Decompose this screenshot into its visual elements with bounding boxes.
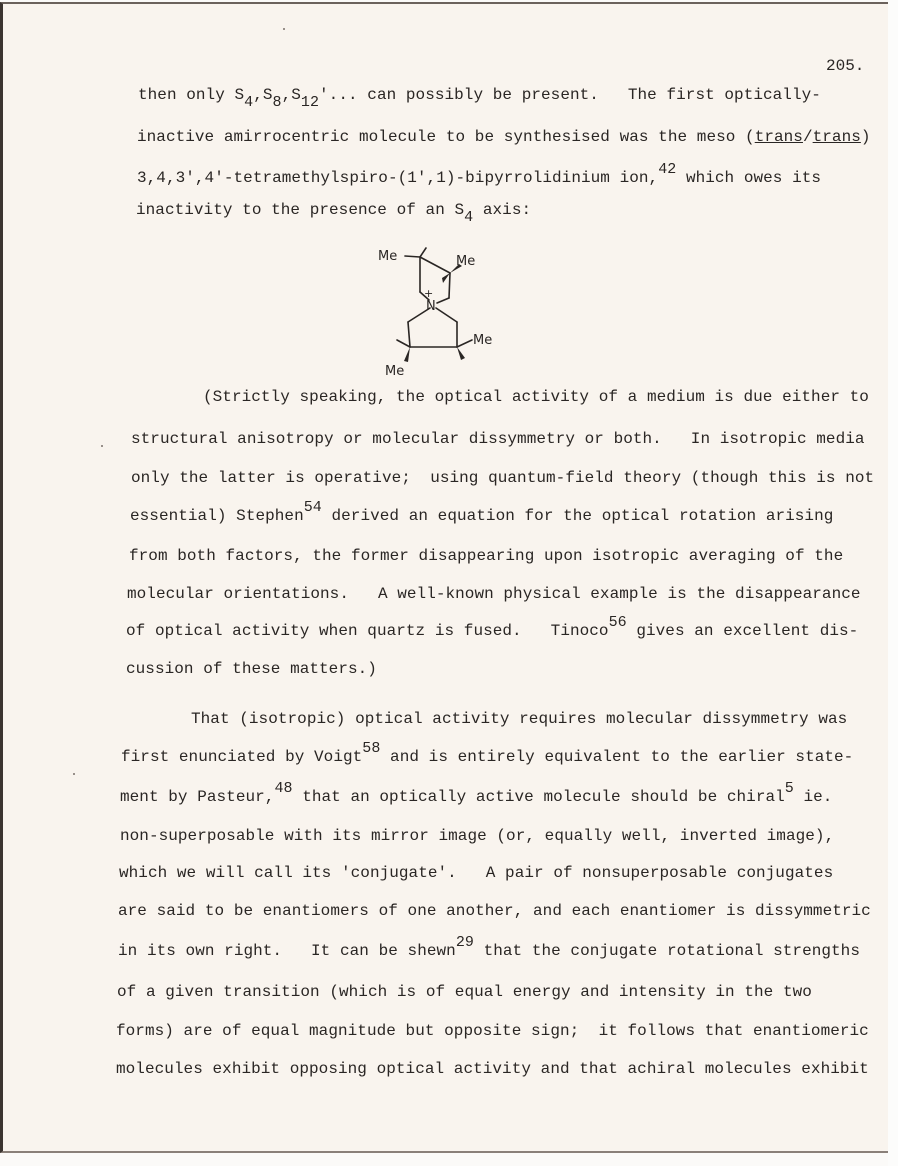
text-line: then only S4,S8,S12'... can possibly be … <box>138 86 821 104</box>
text-line: only the latter is operative; using quan… <box>131 469 874 487</box>
text-line: in its own right. It can be shewn29 that… <box>118 942 860 960</box>
methyl-label: Me <box>456 254 475 269</box>
text-line: That (isotropic) optical activity requir… <box>191 710 847 728</box>
citation: 58 <box>362 740 380 757</box>
text-line: of optical activity when quartz is fused… <box>126 622 858 640</box>
charge-label: + <box>424 287 433 300</box>
page-number: 205. <box>826 57 864 75</box>
text-line: are said to be enantiomers of one anothe… <box>118 902 871 920</box>
text-line: cussion of these matters.) <box>126 660 377 678</box>
text-line: inactive amirrocentric molecule to be sy… <box>137 128 871 146</box>
text-line: first enunciated by Voigt58 and is entir… <box>121 748 853 766</box>
methyl-label: Me <box>378 249 397 264</box>
italic-term: trans <box>755 128 803 146</box>
text-line: non-superposable with its mirror image (… <box>120 827 834 845</box>
text-line: forms) are of equal magnitude but opposi… <box>116 1022 869 1040</box>
citation: 48 <box>274 780 292 797</box>
citation: 42 <box>658 161 676 178</box>
citation: 54 <box>304 499 322 516</box>
chemical-structure: Me Me Me Me N + <box>370 240 520 380</box>
scan-speck <box>101 445 103 447</box>
text-line: molecular orientations. A well-known phy… <box>127 585 861 603</box>
citation: 56 <box>609 614 627 631</box>
methyl-label: Me <box>385 364 404 379</box>
citation: 5 <box>785 780 794 797</box>
text-line: structural anisotropy or molecular dissy… <box>131 430 865 448</box>
methyl-label: Me <box>473 333 492 348</box>
scan-margin <box>888 0 898 1166</box>
scan-speck <box>283 28 285 30</box>
text-line: molecules exhibit opposing optical activ… <box>116 1060 869 1078</box>
citation: 29 <box>456 934 474 951</box>
text-line: from both factors, the former disappeari… <box>129 547 843 565</box>
scan-speck <box>73 773 75 775</box>
italic-term: trans <box>813 128 861 146</box>
nitrogen-label: N <box>426 299 436 314</box>
text-line: essential) Stephen54 derived an equation… <box>130 507 833 525</box>
text-line: ment by Pasteur,48 that an optically act… <box>120 788 832 806</box>
text-line: of a given transition (which is of equal… <box>117 983 812 1001</box>
text-line: 3,4,3',4'-tetramethylspiro-(1',1)-bipyrr… <box>137 169 821 187</box>
text-line: (Strictly speaking, the optical activity… <box>203 388 869 406</box>
spiro-bipyrrolidinium-diagram: Me Me Me Me N + <box>370 240 520 380</box>
text-line: which we will call its 'conjugate'. A pa… <box>119 864 833 882</box>
text-line: inactivity to the presence of an S4 axis… <box>136 201 531 219</box>
